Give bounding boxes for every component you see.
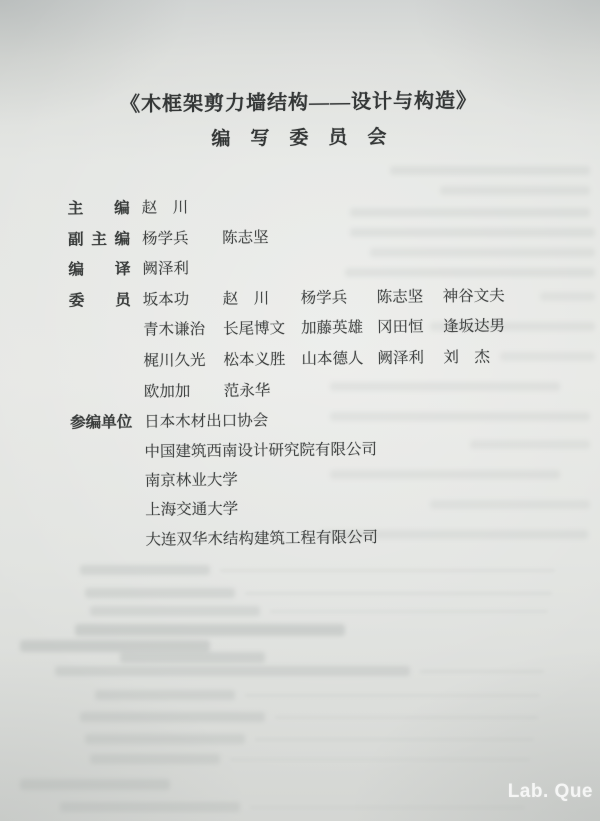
members-row: 欧加加 范永华 bbox=[144, 372, 600, 408]
person-name: 冈田恒 bbox=[377, 313, 443, 344]
members-grid: 坂本功 赵 川 杨学兵 陈志坚 神谷文夫 青木谦治 长尾博文 加藤英雄 冈田恒 … bbox=[143, 280, 600, 408]
unit-name: 南京林业大学 bbox=[145, 464, 378, 496]
unit-name: 上海交通大学 bbox=[145, 494, 378, 526]
person-name: 杨学兵 bbox=[142, 223, 222, 254]
book-title: 《木框架剪力墙结构——设计与构造》 bbox=[0, 83, 599, 119]
person-name: 阙泽利 bbox=[142, 254, 222, 285]
page-content: 《木框架剪力墙结构——设计与构造》 编写委员会 主编 赵 川 副主编 杨学兵 陈… bbox=[0, 0, 600, 557]
members-label: 委员 bbox=[69, 286, 131, 317]
person-name: 陈志坚 bbox=[377, 282, 443, 313]
book-page-photo: 《木框架剪力墙结构——设计与构造》 编写委员会 主编 赵 川 副主编 杨学兵 陈… bbox=[0, 0, 600, 821]
person-name: 阙泽利 bbox=[377, 343, 443, 374]
person-name: 逢坂达男 bbox=[443, 311, 600, 343]
participating-units-list: 日本木材出口协会 中国建筑西南设计研究院有限公司 南京林业大学 上海交通大学 大… bbox=[144, 405, 378, 555]
row-members: 委员 坂本功 赵 川 杨学兵 陈志坚 神谷文夫 青木谦治 长尾博文 加藤英雄 冈… bbox=[1, 280, 600, 409]
deputy-editor-label: 副主编 bbox=[68, 225, 130, 256]
participating-units-label: 参编单位 bbox=[70, 408, 132, 439]
person-name: 陈志坚 bbox=[222, 223, 300, 254]
person-name: 范永华 bbox=[224, 376, 302, 407]
committee-list: 主编 赵 川 副主编 杨学兵 陈志坚 编译 阙泽利 委员 坂本功 bbox=[0, 189, 600, 557]
committee-title: 编写委员会 bbox=[0, 120, 599, 154]
person-name: 神谷文夫 bbox=[443, 280, 600, 312]
lab-watermark: Lab. Que bbox=[508, 781, 593, 803]
person-name: 松本义胜 bbox=[223, 345, 301, 376]
members-row: 梶川久光 松本义胜 山本德人 阙泽利 刘 杰 bbox=[143, 342, 600, 378]
person-name: 刘 杰 bbox=[443, 342, 600, 374]
person-name: 山本德人 bbox=[301, 344, 377, 375]
person-name: 赵 川 bbox=[223, 284, 301, 315]
person-name: 梶川久光 bbox=[143, 346, 223, 377]
unit-name: 日本木材出口协会 bbox=[144, 405, 377, 437]
person-name: 赵 川 bbox=[142, 193, 222, 224]
row-participating-units: 参编单位 日本木材出口协会 中国建筑西南设计研究院有限公司 南京林业大学 上海交… bbox=[2, 403, 600, 557]
unit-name: 大连双华木结构建筑工程有限公司 bbox=[145, 523, 378, 555]
person-name: 青木谦治 bbox=[143, 315, 223, 346]
chief-editor-label: 主编 bbox=[68, 194, 130, 225]
person-name: 杨学兵 bbox=[301, 283, 377, 314]
person-name: 加藤英雄 bbox=[301, 314, 377, 345]
unit-name: 中国建筑西南设计研究院有限公司 bbox=[144, 435, 377, 467]
translator-label: 编译 bbox=[68, 255, 130, 286]
person-name: 欧加加 bbox=[144, 376, 224, 407]
person-name: 长尾博文 bbox=[223, 314, 301, 345]
person-name: 坂本功 bbox=[143, 285, 223, 316]
